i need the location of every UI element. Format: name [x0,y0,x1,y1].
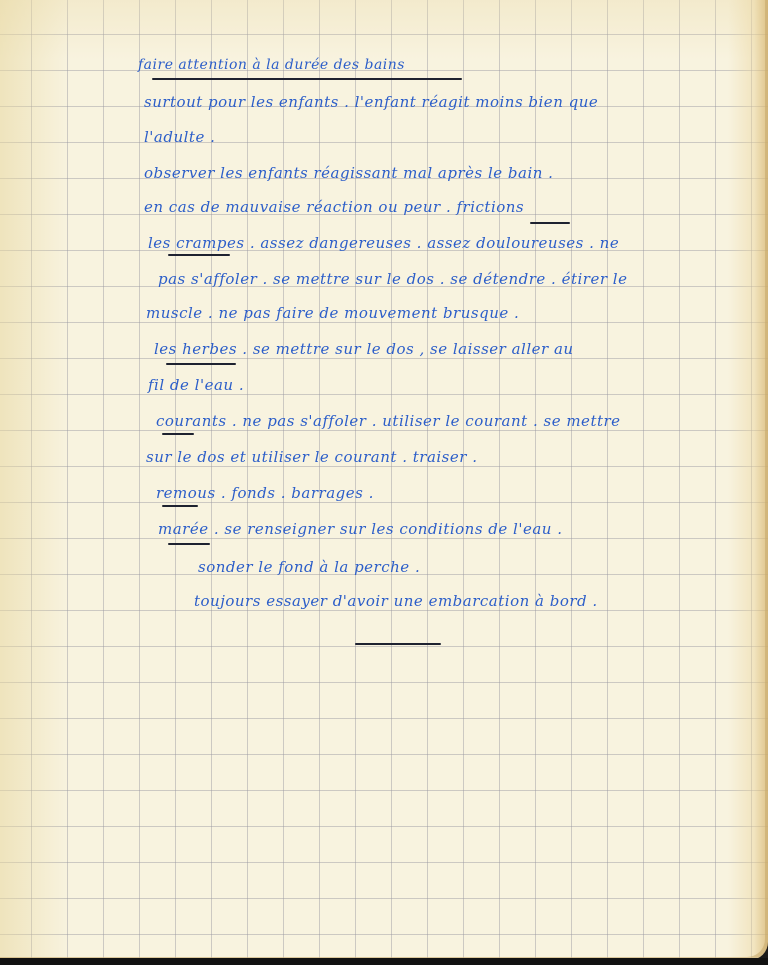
title-line: faire attention à la durée des bains [138,58,405,72]
text-line-crampes: les crampes . assez dangereuses . assez … [148,236,619,251]
herbes-underline [166,363,236,365]
text-line-16: toujours essayer d'avoir une embarcation… [194,594,598,609]
text-line-maree: marée . se renseigner sur les conditions… [158,522,563,537]
maree-underline [168,543,210,545]
text-line-herbes: les herbes . se mettre sur le dos , se l… [154,342,574,357]
text-line-5: en cas de mauvaise réaction ou peur . fr… [144,200,524,215]
text-line-remous: remous . fonds . barrages . [156,486,374,501]
remous-underline [162,505,198,507]
text-line-7: pas s'affoler . se mettre sur le dos . s… [158,272,627,287]
text-line-12: sur le dos et utiliser le courant . trai… [146,450,477,465]
text-line-15: sonder le fond à la perche . [198,560,420,575]
frictions-underline [530,222,570,224]
crampes-underline [168,254,230,256]
text-line-3: l'adulte . [144,130,215,145]
page-bottom-edge [0,958,768,965]
text-line-2: surtout pour les enfants . l'enfant réag… [144,95,598,110]
courants-underline [162,433,194,435]
notebook-page: faire attention à la durée des bains sur… [0,0,768,960]
text-line-4: observer les enfants réagissant mal aprè… [144,166,553,181]
title-underline [152,78,462,80]
text-line-courants: courants . ne pas s'affoler . utiliser l… [156,414,621,429]
text-line-10: fil de l'eau . [148,378,244,393]
closing-separator [355,643,441,645]
text-line-8: muscle . ne pas faire de mouvement brusq… [146,306,519,321]
